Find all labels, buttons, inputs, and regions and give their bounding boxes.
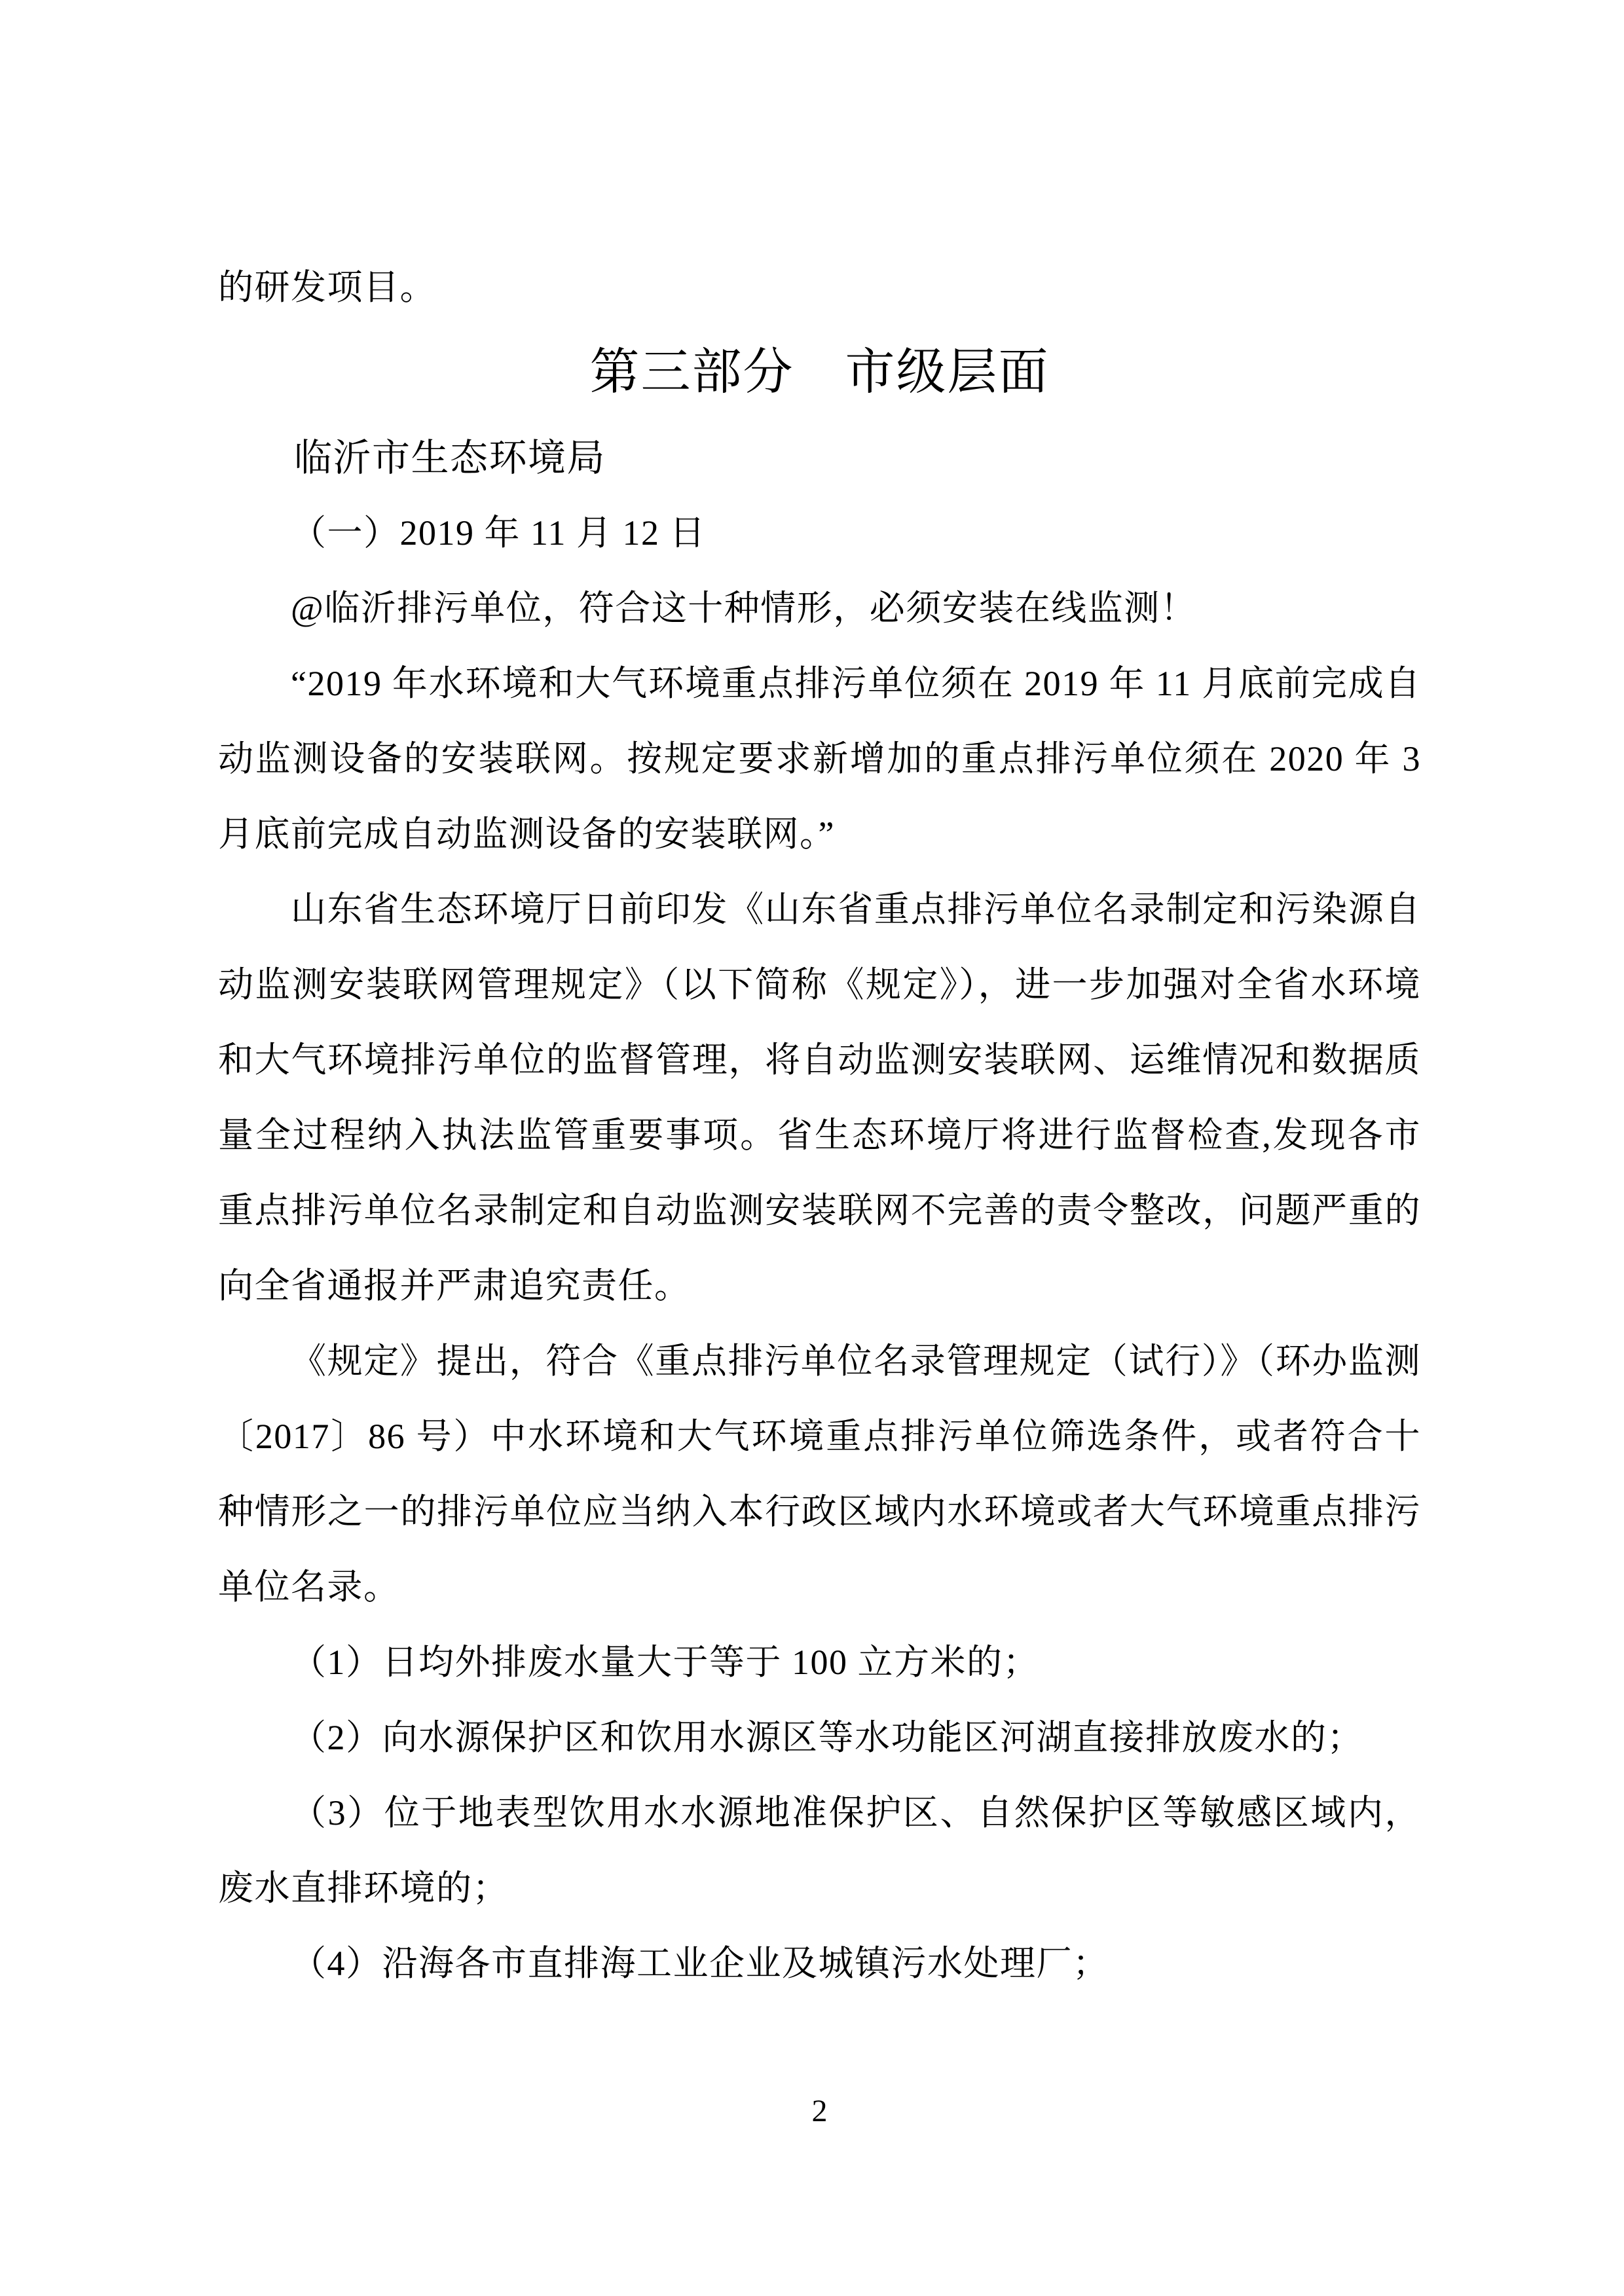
continuation-text: 的研发项目。	[218, 250, 1421, 325]
document-page: 的研发项目。 第三部分 市级层面 临沂市生态环境局 （一）2019 年 11 月…	[0, 0, 1624, 2296]
list-item-2: （2）向水源保护区和饮用水源区等水功能区河湖直接排放废水的；	[218, 1700, 1421, 1776]
date-heading: （一）2019 年 11 月 12 日	[218, 496, 1421, 571]
paragraph-quote: “2019 年水环境和大气环境重点排污单位须在 2019 年 11 月底前完成自…	[218, 646, 1421, 872]
list-item-3: （3）位于地表型饮用水水源地准保护区、自然保护区等敏感区域内，废水直排环境的；	[218, 1776, 1421, 1926]
section-title: 第三部分 市级层面	[218, 325, 1421, 420]
paragraph-regulation-issue: 山东省生态环境厅日前印发《山东省重点排污单位名录制定和污染源自动监测安装联网管理…	[218, 872, 1421, 1324]
page-footer: 2	[218, 2073, 1421, 2156]
org-heading: 临沂市生态环境局	[218, 420, 1421, 496]
list-item-4: （4）沿海各市直排海工业企业及城镇污水处理厂；	[218, 1926, 1421, 2001]
subject-heading: @临沂排污单位，符合这十种情形，必须安装在线监测！	[218, 571, 1421, 646]
paragraph-regulation-criteria: 《规定》提出，符合《重点排污单位名录管理规定（试行）》（环办监测〔2017〕86…	[218, 1324, 1421, 1625]
list-item-1: （1）日均外排废水量大于等于 100 立方米的；	[218, 1625, 1421, 1700]
page-number: 2	[812, 2094, 828, 2128]
